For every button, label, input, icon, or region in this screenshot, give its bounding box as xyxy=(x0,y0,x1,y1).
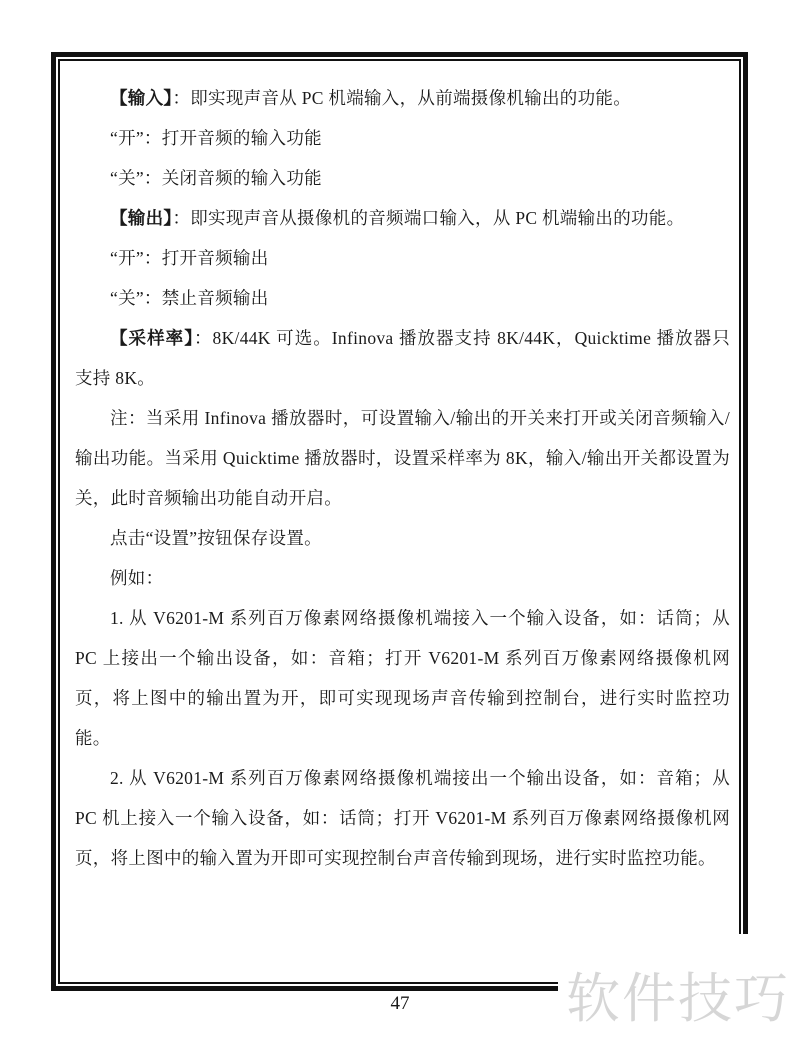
paragraph-input-off: “关”：关闭音频的输入功能 xyxy=(75,158,730,198)
paragraph-input: 【输入】：即实现声音从 PC 机端输入，从前端摄像机输出的功能。 xyxy=(75,78,730,118)
document-body: 【输入】：即实现声音从 PC 机端输入，从前端摄像机输出的功能。 “开”：打开音… xyxy=(75,78,730,878)
paragraph-save-instruction: 点击“设置”按钮保存设置。 xyxy=(75,518,730,558)
paragraph-input-on: “开”：打开音频的输入功能 xyxy=(75,118,730,158)
term-label: 【输入】 xyxy=(110,88,172,108)
paragraph-example-1: 1. 从 V6201-M 系列百万像素网络摄像机端接入一个输入设备，如：话筒；从… xyxy=(75,598,730,758)
paragraph-example-2: 2. 从 V6201-M 系列百万像素网络摄像机端接出一个输出设备，如：音箱；从… xyxy=(75,758,730,878)
term-label: 【采样率】 xyxy=(110,328,194,348)
term-label: 【输出】 xyxy=(110,208,172,228)
watermark-text: 软件技巧 xyxy=(566,956,790,1033)
paragraph-output: 【输出】：即实现声音从摄像机的音频端口输入，从 PC 机端输出的功能。 xyxy=(75,198,730,238)
paragraph-sample-rate: 【采样率】：8K/44K 可选。Infinova 播放器支持 8K/44K，Qu… xyxy=(75,318,730,398)
paragraph-output-on: “开”：打开音频输出 xyxy=(75,238,730,278)
paragraph-text: ：即实现声音从 PC 机端输入，从前端摄像机输出的功能。 xyxy=(172,88,631,108)
watermark: 软件技巧 xyxy=(558,934,800,1044)
paragraph-text: ：即实现声音从摄像机的音频端口输入，从 PC 机端输出的功能。 xyxy=(172,208,684,228)
paragraph-note: 注：当采用 Infinova 播放器时，可设置输入/输出的开关来打开或关闭音频输… xyxy=(75,398,730,518)
paragraph-output-off: “关”：禁止音频输出 xyxy=(75,278,730,318)
paragraph-example-heading: 例如： xyxy=(75,558,730,598)
